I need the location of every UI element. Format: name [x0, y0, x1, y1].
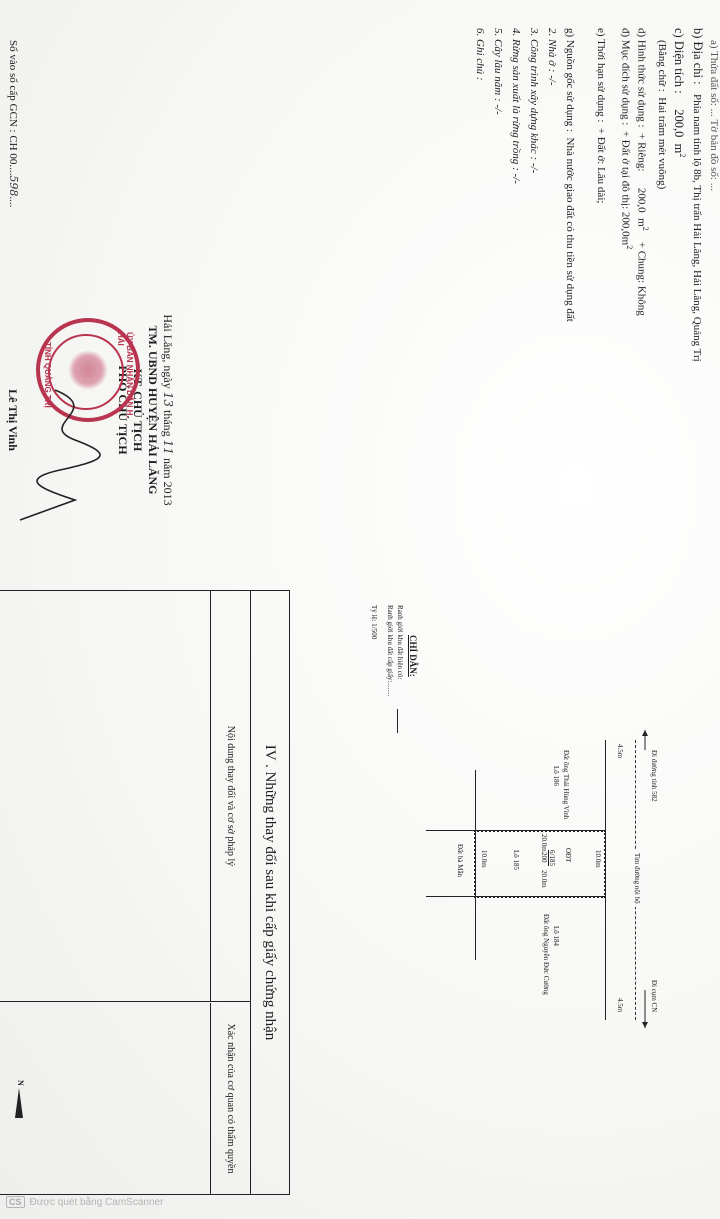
planted-forest-value: -/-: [510, 174, 522, 184]
other-construction-row: 3. Công trình xây dựng khác : -/-: [528, 28, 540, 173]
area-label: c) Diện tích :: [672, 28, 686, 94]
neighbor-bottom: Đất bà Mẫn: [456, 844, 464, 877]
signer-name: Lê Thị Vinh: [5, 360, 20, 480]
registry-suffix: ....: [7, 196, 19, 207]
road-label-provincial: Đi đường tỉnh 582: [650, 750, 658, 802]
map-scale: Tỷ lệ: 1/500: [370, 605, 378, 639]
date-month: 11: [161, 440, 175, 455]
planted-forest-row: 4. Rừng sản xuất là rừng trồng : -/-: [510, 28, 522, 184]
usage-origin-row: g) Nguồn gốc sử dụng : Nhà nước giao đất…: [564, 28, 576, 322]
lot-number: Lô 185: [512, 850, 520, 870]
usage-form-shared: + Chung: Không: [635, 242, 647, 316]
cut-off-line-a: a) Thửa đất số: ... Tờ bản đồ số: ...: [708, 40, 720, 191]
registry-label: Số vào sổ cấp GCN : CH 00....: [7, 40, 19, 175]
road-width-left: 4.5m: [616, 744, 624, 758]
legend-line-solid: [397, 709, 398, 733]
area-in-words-row: (Bằng chữ : Hai trăm mét vuông): [656, 40, 668, 189]
notes-label: 6. Ghi chú :: [474, 28, 486, 81]
date-day: 13: [161, 392, 175, 407]
address-label: b) Địa chỉ :: [691, 28, 705, 85]
signature-org: TM. UBND HUYỆN HẢI LĂNG: [145, 300, 160, 520]
table-column-divider: [0, 1001, 251, 1002]
usage-form-label: d) Hình thức sử dụng :: [635, 28, 647, 128]
usage-term-row: e) Thời hạn sử dụng : + Đất ở: Lâu dài;: [595, 28, 607, 203]
lot-side-left: 20.0m: [540, 834, 548, 852]
usage-purpose-value: + Đất ở tại đô thị: 200,0m: [619, 131, 631, 245]
compass-n-label: N: [16, 1080, 25, 1086]
boundary-right: [426, 896, 606, 897]
usage-form-unit: m: [635, 218, 647, 227]
camscanner-text: Được quét bằng CamScanner: [30, 1197, 164, 1208]
house-row: 2. Nhà ở : -/-: [546, 28, 558, 86]
registry-number: 598: [7, 175, 20, 196]
road-label-industrial: Đi cụm CN: [650, 980, 658, 1012]
lot-fraction-top: 6/185: [548, 850, 556, 866]
boundary-left: [426, 830, 606, 831]
signature-date: Hải Lăng, ngày 13 tháng 11 năm 2013: [160, 300, 175, 520]
area-words-label: (Bằng chữ :: [656, 40, 668, 92]
handwritten-signature-icon: [15, 380, 115, 530]
lot-fraction-bottom: 200: [540, 852, 548, 863]
legend-title: CHỈ DẪN:: [408, 635, 418, 677]
boundary-bottom: [475, 770, 476, 960]
area-unit: m: [672, 144, 686, 154]
section-iv-changes-table: IV . Những thay đổi sau khi cấp giấy chứ…: [0, 590, 290, 1195]
house-value: -/-: [546, 75, 558, 85]
map-legend: CHỈ DẪN: Ranh giới khu đất hiện có: Ranh…: [350, 605, 420, 765]
address-row: b) Địa chỉ : Phía nam tỉnh lộ 8b, Thị tr…: [690, 28, 705, 362]
table-header-changes: Nội dung thay đổi và cơ sở pháp lý: [210, 591, 251, 1001]
usage-origin-label: g) Nguồn gốc sử dụng :: [564, 28, 576, 132]
section-iv-title: IV . Những thay đổi sau khi cấp giấy chứ…: [250, 591, 289, 1194]
area-value: 200,0: [672, 109, 686, 137]
usage-form-row: d) Hình thức sử dụng : + Riêng: 200,0 m2…: [635, 28, 650, 316]
perennial-trees-label: 5. Cây lâu năm :: [492, 28, 504, 102]
neighbor-left-lot: Lô 186: [552, 766, 560, 786]
neighbor-right-lot: Lô 184: [552, 926, 560, 946]
camscanner-watermark: CS Được quét bằng CamScanner: [6, 1196, 163, 1208]
camscanner-logo-icon: CS: [6, 1196, 25, 1208]
usage-term-label: e) Thời hạn sử dụng :: [595, 28, 607, 122]
rotated-document-content: a) Thửa đất số: ... Tờ bản đồ số: ... b)…: [0, 0, 720, 1219]
neighbor-left-owner: Đất ông Thái Hùng Vinh: [562, 750, 570, 819]
table-header-confirmation: Xác nhận của cơ quan có thẩm quyền: [210, 1003, 251, 1194]
perennial-trees-row: 5. Cây lâu năm : -/-: [492, 28, 504, 115]
area-words-value: Hai trăm mét vuông): [656, 97, 668, 189]
road-width-right: 4.5m: [616, 998, 624, 1012]
lot-side-right: 20.0m: [540, 870, 548, 888]
usage-form-private-label: + Riêng:: [635, 133, 647, 171]
perennial-trees-value: -/-: [492, 104, 504, 114]
usage-origin-value: Nhà nước giao đất có thu tiền sử dụng đấ…: [564, 138, 576, 322]
scanned-document-page: a) Thửa đất số: ... Tờ bản đồ số: ... b)…: [0, 0, 720, 1219]
notes-row: 6. Ghi chú :: [474, 28, 486, 81]
lot-side-bottom: 10.0m: [480, 850, 488, 868]
other-construction-value: -/-: [528, 163, 540, 173]
date-prefix: Hải Lăng, ngày: [161, 314, 175, 388]
north-arrow-icon: [15, 1088, 23, 1118]
usage-purpose-label: đ) Mục đích sử dụng :: [619, 28, 631, 125]
lot-side-top: 10.0m: [594, 850, 602, 868]
house-label: 2. Nhà ở :: [546, 28, 558, 72]
registry-row: Số vào sổ cấp GCN : CH 00....598....: [7, 40, 20, 207]
land-plot-map: Đi đường tỉnh 582 Đi cụm CN Tim đường nộ…: [420, 730, 660, 1030]
neighbor-right-owner: Đất ông Nguyễn Đức Cường: [542, 914, 550, 995]
stamp-text-top: ỦY BAN NHÂN DÂN H. HẢI: [116, 332, 134, 418]
road-arrows-icon: [642, 730, 648, 1030]
lot-code: OĐT: [564, 848, 572, 862]
address-value: Phía nam tỉnh lộ 8b, Thị trấn Hải Lăng, …: [691, 94, 703, 362]
legend-item-certified: Ranh giới khu đất cấp giấy:........: [386, 605, 394, 696]
area-row: c) Diện tích : 200,0 m2: [671, 28, 687, 157]
usage-term-value: + Đất ở: Lâu dài;: [595, 128, 607, 204]
usage-purpose-row: đ) Mục đích sử dụng : + Đất ở tại đô thị…: [619, 28, 634, 249]
legend-item-existing: Ranh giới khu đất hiện có:: [396, 605, 404, 679]
usage-form-private-value: 200,0: [635, 188, 647, 213]
planted-forest-label: 4. Rừng sản xuất là rừng trồng :: [510, 28, 522, 171]
other-construction-label: 3. Công trình xây dựng khác :: [528, 28, 540, 160]
date-month-word: tháng: [161, 410, 175, 437]
road-inner-label: Tim đường nội bộ: [633, 850, 641, 907]
date-year: năm 2013: [161, 458, 175, 506]
